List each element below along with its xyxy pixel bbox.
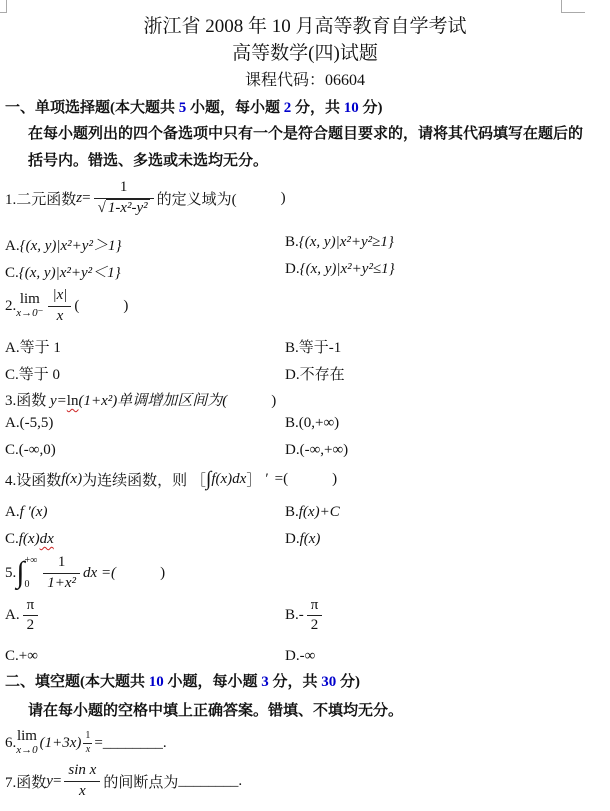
option-label: C. <box>5 531 19 547</box>
lim-subscript: x→0⁻ <box>16 308 43 320</box>
section1-heading-text: 小题，每小题 <box>186 100 284 116</box>
fraction-numerator: π <box>23 597 39 616</box>
question-6: 6. lim x→0 (1+3x) 1 x = ________ . <box>5 722 605 764</box>
option-label: B. <box>285 415 299 431</box>
option-label: B. <box>285 340 299 356</box>
option-value: 等于-1 <box>299 340 342 356</box>
option-value: (0,+∞) <box>299 415 339 431</box>
question-6-number: 6. <box>5 735 16 752</box>
prime-mark: ′ <box>265 471 268 488</box>
fraction-denominator: 2 <box>23 616 39 634</box>
minus-sign: - <box>299 607 304 624</box>
question-3-lhs: y= <box>50 393 67 409</box>
option-value: 不存在 <box>300 367 345 383</box>
fraction-numerator: 1 <box>83 730 92 744</box>
option-label: D. <box>285 648 300 664</box>
question-5-options-row1: A.π2 B.-π2 <box>5 597 610 635</box>
question-1-text: 1.二元函数 <box>5 188 76 209</box>
question-3: 3.函数 y=ln(1+x²)单调增加区间为() <box>5 389 605 410</box>
question-1-equals: = <box>82 190 90 207</box>
fraction-numerator: |x| <box>48 287 71 306</box>
question-2-fraction: |x| x <box>48 287 71 325</box>
question-3-close-paren: ) <box>271 393 276 409</box>
question-7-variable: y <box>46 773 53 790</box>
option-label: A. <box>5 238 20 254</box>
option-label: C. <box>5 265 19 281</box>
option-1b: B.{(x, y)|x²+y²≥1} <box>285 234 610 255</box>
section1-points-total: 10 <box>344 100 359 116</box>
sqrt-icon: √ <box>98 200 106 216</box>
option-value: -∞ <box>300 648 316 664</box>
option-4d: D.f(x) <box>285 531 610 548</box>
question-7: 7.函数 y = sin x x 的间断点为 ________ . <box>5 760 605 802</box>
section1-heading-text: 分，共 <box>291 100 344 116</box>
exam-title: 浙江省 2008 年 10 月高等教育自学考试 <box>5 11 605 38</box>
question-4-fx: f(x) <box>61 471 82 488</box>
question-6-equals: = <box>94 735 102 752</box>
question-2-open-paren: ( <box>74 298 79 315</box>
radicand: 1-x²-y² <box>106 199 150 216</box>
answer-blank: ________ <box>103 735 163 752</box>
option-5d: D.-∞ <box>285 648 610 665</box>
question-1-options-row1: A.{(x, y)|x²+y²＞1} B.{(x, y)|x²+y²≥1} <box>5 234 610 255</box>
question-4-text: 4.设函数 <box>5 469 61 490</box>
section2-heading-text: 分，共 <box>269 674 322 690</box>
option-2a: A.等于 1 <box>5 336 285 357</box>
option-4c: C.f(x)dx <box>5 531 285 548</box>
option-4a: A.f ′(x) <box>5 504 285 521</box>
question-7-text: 的间断点为 <box>103 771 178 792</box>
option-5a: A.π2 <box>5 597 285 635</box>
question-4-options-row1: A.f ′(x) B.f(x)+C <box>5 504 610 521</box>
section1-heading: 一、单项选择题(本大题共 5 小题，每小题 2 分，共 10 分) <box>5 96 605 117</box>
option-value: (-∞,0) <box>19 442 56 458</box>
option-label: D. <box>285 367 300 383</box>
question-5-number: 5. <box>5 565 16 582</box>
section2-points-total: 30 <box>321 674 336 690</box>
question-2-options-row2: C.等于 0 D.不存在 <box>5 363 610 384</box>
question-1: 1.二元函数 z = 1 √1-x²-y² 的定义域为( ) <box>5 176 605 220</box>
option-label: D. <box>285 531 300 547</box>
option-3d: D.(-∞,+∞) <box>285 442 610 459</box>
fraction-numerator: π <box>307 597 323 616</box>
question-1-fraction: 1 √1-x²-y² <box>94 179 154 217</box>
question-5-options-row2: C.+∞ D.-∞ <box>5 648 610 665</box>
question-4-bracket: ］ <box>246 469 261 490</box>
question-2: 2. lim x→0⁻ |x| x ( ) <box>5 287 605 325</box>
option-value: f(x)+C <box>299 504 340 520</box>
section1-instructions-line2: 括号内。错选、多选或未选均无分。 <box>28 149 605 170</box>
fraction-denominator: x <box>64 782 100 800</box>
lim-subscript: x→0 <box>16 745 37 757</box>
period: . <box>238 773 242 790</box>
option-3a: A.(-5,5) <box>5 415 285 432</box>
question-3-options-row2: C.(-∞,0) D.(-∞,+∞) <box>5 442 610 459</box>
integral-icon: ∫ <box>16 558 24 588</box>
question-4-text: 为连续函数，则 ［ <box>82 469 206 490</box>
fraction-denominator: 2 <box>307 616 323 634</box>
question-4-integrand: f(x)dx <box>211 471 246 488</box>
option-label: C. <box>5 442 19 458</box>
option-value-dx: dx <box>40 531 54 547</box>
option-label: B. <box>285 607 299 624</box>
question-7-text: 7.函数 <box>5 771 46 792</box>
exam-document-page: 浙江省 2008 年 10 月高等教育自学考试 高等数学(四)试题 课程代码：0… <box>0 0 610 811</box>
option-1a: A.{(x, y)|x²+y²＞1} <box>5 234 285 255</box>
option-label: A. <box>5 340 20 356</box>
question-2-number: 2. <box>5 298 16 315</box>
question-4-equals: =( <box>275 471 288 488</box>
option-label: D. <box>285 442 300 458</box>
option-value: {(x, y)|x²+y²≤1} <box>300 261 395 277</box>
question-1-text: 的定义域为( <box>157 188 237 209</box>
question-3-expression: (1+x²)单调增加区间为( <box>78 393 227 409</box>
question-6-expression: (1+3x) <box>40 735 82 752</box>
option-fraction: π2 <box>23 597 39 635</box>
limit-operator: lim x→0⁻ <box>16 292 43 319</box>
integral-lower-limit: 0 <box>24 580 37 590</box>
option-label: C. <box>5 367 19 383</box>
option-label: B. <box>285 234 299 250</box>
integral-upper-limit: +∞ <box>24 556 37 566</box>
option-label: C. <box>5 648 19 664</box>
option-label: B. <box>285 504 299 520</box>
question-3-options-row1: A.(-5,5) B.(0,+∞) <box>5 415 610 432</box>
option-value: 等于 0 <box>19 367 60 383</box>
section2-heading-text: 分) <box>336 674 360 690</box>
question-5-fraction: 1 1+x² <box>43 554 80 592</box>
option-1d: D.{(x, y)|x²+y²≤1} <box>285 261 610 282</box>
question-2-options-row1: A.等于 1 B.等于-1 <box>5 336 610 357</box>
integral-limits: +∞ 0 <box>24 556 37 590</box>
option-value: (-∞,+∞) <box>300 442 349 458</box>
option-2c: C.等于 0 <box>5 363 285 384</box>
option-2d: D.不存在 <box>285 363 610 384</box>
section2-instructions: 请在每小题的空格中填上正确答案。错填、不填均无分。 <box>28 699 605 720</box>
answer-blank: ________ <box>178 773 238 790</box>
option-value: f(x) <box>300 531 321 547</box>
section2-heading: 二、填空题(本大题共 10 小题，每小题 3 分，共 30 分) <box>5 670 605 691</box>
exam-subtitle: 高等数学(四)试题 <box>5 38 605 65</box>
question-1-options-row2: C.{(x, y)|x²+y²＜1} D.{(x, y)|x²+y²≤1} <box>5 261 610 282</box>
question-4-close-paren: ) <box>332 471 337 488</box>
question-5-close-paren: ) <box>160 565 165 582</box>
option-value: (-5,5) <box>20 415 54 431</box>
section2-points-each: 3 <box>261 674 269 690</box>
section2-count: 10 <box>149 674 164 690</box>
option-fraction: π2 <box>307 597 323 635</box>
fraction-numerator: sin x <box>64 762 100 781</box>
course-code: 课程代码：06604 <box>5 67 605 90</box>
question-7-fraction: sin x x <box>64 762 100 800</box>
section1-instructions-line1: 在每小题列出的四个备选项中只有一个是符合题目要求的，请将其代码填写在题后的 <box>28 122 605 143</box>
question-2-close-paren: ) <box>123 298 128 315</box>
lim-text: lim <box>16 729 37 745</box>
question-7-equals: = <box>53 773 61 790</box>
section1-heading-text: 一、单项选择题(本大题共 <box>5 100 179 116</box>
fraction-denominator: x <box>83 744 92 757</box>
option-value: {(x, y)|x²+y²≥1} <box>299 234 394 250</box>
option-value: +∞ <box>19 648 38 664</box>
question-3-ln: ln <box>67 393 79 409</box>
question-5-text: dx =( <box>83 565 116 582</box>
question-3-text: 3.函数 <box>5 393 50 409</box>
option-value: 等于 1 <box>20 340 61 356</box>
option-label: A. <box>5 415 20 431</box>
question-4: 4.设函数 f(x) 为连续函数，则 ［ ∫ f(x)dx ］ ′ =( ) <box>5 463 605 495</box>
option-4b: B.f(x)+C <box>285 504 610 521</box>
period: . <box>163 735 167 752</box>
option-label: D. <box>285 261 300 277</box>
limit-operator: lim x→0 <box>16 729 37 756</box>
fraction-denominator: √1-x²-y² <box>94 199 154 217</box>
option-1c: C.{(x, y)|x²+y²＜1} <box>5 261 285 282</box>
option-value: {(x, y)|x²+y²＜1} <box>19 265 121 281</box>
question-4-options-row2: C.f(x)dx D.f(x) <box>5 531 610 548</box>
section1-heading-text: 分) <box>359 100 383 116</box>
option-value: f ′(x) <box>20 504 48 520</box>
option-5c: C.+∞ <box>5 648 285 665</box>
option-3c: C.(-∞,0) <box>5 442 285 459</box>
option-value: f(x) <box>19 531 40 547</box>
lim-text: lim <box>16 292 43 308</box>
question-1-close-paren: ) <box>281 190 286 207</box>
option-2b: B.等于-1 <box>285 336 610 357</box>
fraction-numerator: 1 <box>94 179 154 198</box>
option-label: A. <box>5 504 20 520</box>
option-5b: B.-π2 <box>285 597 610 635</box>
fraction-numerator: 1 <box>43 554 80 573</box>
fraction-denominator: x <box>48 307 71 325</box>
exponent-fraction: 1 x <box>83 730 92 756</box>
question-5: 5. ∫ +∞ 0 1 1+x² dx =( ) <box>5 550 605 596</box>
section2-heading-text: 二、填空题(本大题共 <box>5 674 149 690</box>
fraction-denominator: 1+x² <box>43 574 80 592</box>
option-value: {(x, y)|x²+y²＞1} <box>20 238 122 254</box>
section2-heading-text: 小题，每小题 <box>164 674 262 690</box>
option-label: A. <box>5 607 20 624</box>
option-3b: B.(0,+∞) <box>285 415 610 432</box>
